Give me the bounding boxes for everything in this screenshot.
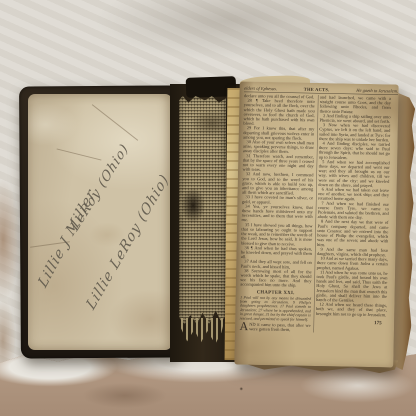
photo-scene: Lillie J Miller LeRoy (Ohio) Lillie LeRo… [0, 0, 416, 416]
verse-paragraph: 31 Therefore watch, and remember, that b… [242, 153, 313, 173]
burlap-binding-cloth [179, 96, 226, 324]
two-column-text: declare unto you all the counsel of God.… [239, 94, 398, 335]
verse-paragraph: 34 Yea, ye yourselves know, that these h… [242, 204, 313, 224]
verse-paragraph: 7 And when we had finished our course fr… [318, 201, 389, 221]
verse-paragraph: 8 And the next day we that were of Paul'… [317, 219, 389, 248]
left-column: declare unto you all the counsel of God.… [239, 94, 315, 333]
verse-list: and had launched, we came with a straigh… [316, 95, 391, 317]
drop-cap-text: ND it came to pass, that after we were g… [249, 322, 311, 332]
drop-cap: A [239, 322, 249, 331]
verse-paragraph: 4 And finding disciples, we tarried ther… [319, 141, 390, 161]
right-column: and had launched, we came with a straigh… [315, 95, 391, 334]
chapter-opening-verse: AND it came to pass, that after we were … [239, 322, 310, 333]
header-right: He goeth to Jerusalem. [356, 88, 398, 94]
printed-acts-page: elders of Ephesus. THE ACTS. He goeth to… [234, 81, 398, 367]
verse-paragraph: 28 ¶ Take heed therefore unto yourselves… [243, 98, 315, 127]
header-left: elders of Ephesus. [244, 86, 277, 92]
verse-paragraph: 12 And when we heard these things, both … [316, 302, 387, 317]
verse-paragraph: 38 Sorrowing most of all for the words w… [240, 268, 311, 288]
verse-paragraph: 3 Now when we had discovered Cyprus, we … [319, 123, 390, 143]
page-number: 175 [316, 319, 387, 326]
verse-paragraph: 11 And when he was come unto us, he took… [316, 270, 388, 304]
verse-paragraph: 5 And when we had accomplished those day… [318, 159, 390, 188]
verse-paragraph: and had launched, we came with a straigh… [320, 95, 391, 115]
verse-paragraph: 32 And now, brethren, I commend you to G… [242, 172, 313, 196]
paper-crease [92, 104, 138, 140]
page-text-block: elders of Ephesus. THE ACTS. He goeth to… [235, 81, 399, 334]
header-book-title: THE ACTS. [304, 87, 330, 92]
paper-crease [57, 148, 102, 160]
chapter-summary: 1 Paul will not by any means be dissuade… [240, 295, 311, 322]
verse-list: declare unto you all the counsel of God.… [240, 94, 315, 289]
inside-cover-page: Lillie J Miller LeRoy (Ohio) Lillie LeRo… [28, 94, 172, 350]
verse-paragraph: 35 I have shewed you all things, how tha… [241, 222, 312, 246]
